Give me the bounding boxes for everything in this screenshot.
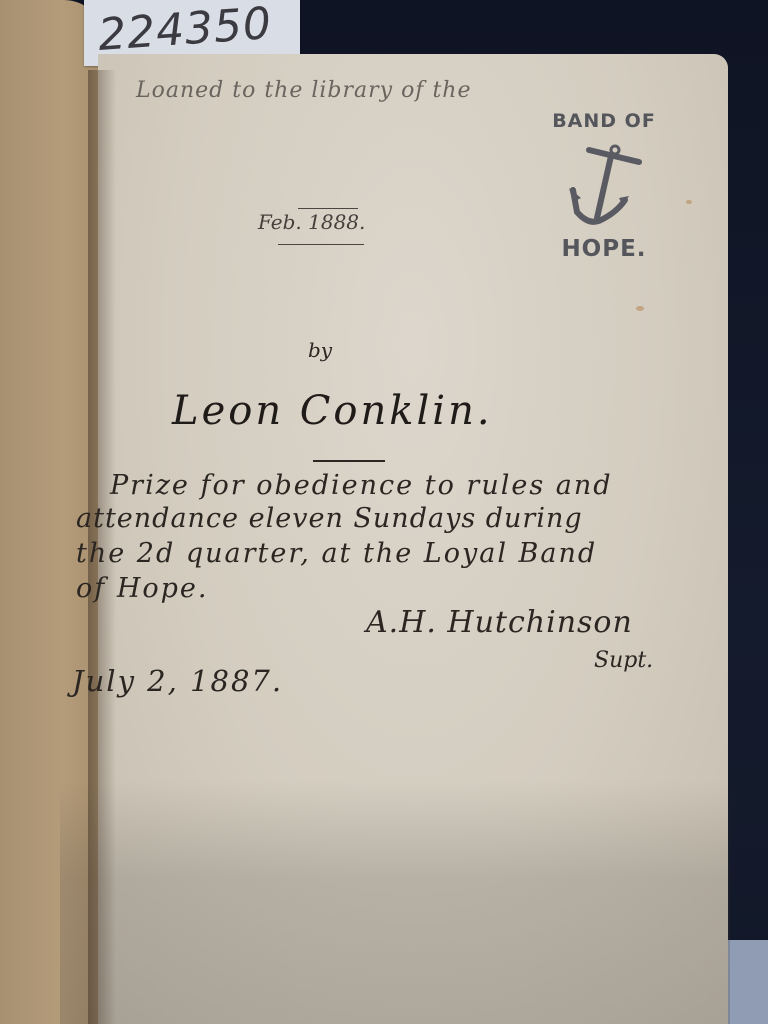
inscription-line: attendance eleven Sundays during	[76, 503, 583, 534]
signature: A.H. Hutchinson	[366, 605, 633, 640]
loan-note: Loaned to the library of the	[136, 78, 471, 103]
stamp-top-text: BAND OF	[548, 110, 660, 132]
stamp-bottom-text: HOPE.	[548, 236, 660, 262]
page-lower-shadow	[60, 780, 730, 1024]
signature-title: Supt.	[594, 648, 653, 673]
anchor-icon	[559, 140, 649, 230]
band-of-hope-stamp: BAND OF HOPE.	[548, 110, 660, 290]
recipient-name: Leon Conklin.	[172, 388, 493, 434]
name-rule	[313, 460, 385, 462]
by-label: by	[308, 338, 332, 362]
inscription-line: the 2d quarter, at the Loyal Band	[76, 538, 597, 569]
inscription-date: July 2, 1887.	[72, 664, 283, 698]
foxing-spot	[636, 306, 644, 311]
foxing-spot	[686, 200, 692, 204]
date-underline	[278, 244, 364, 245]
inscription-line: Prize for obedience to rules and	[110, 470, 613, 501]
date-overline	[298, 208, 358, 209]
inscription-line: of Hope.	[76, 573, 208, 604]
date-note: Feb. 1888.	[258, 210, 365, 234]
